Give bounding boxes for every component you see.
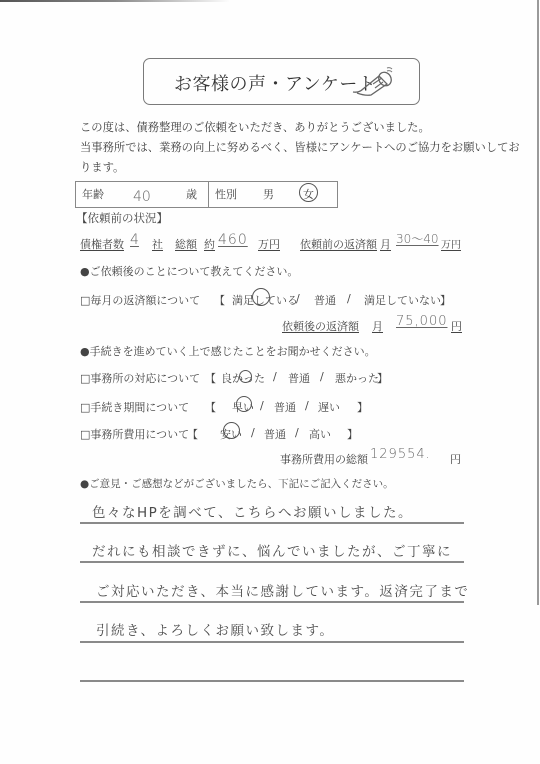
age-unit: 歳	[186, 186, 197, 202]
bracket-close: 】	[440, 292, 451, 308]
fee-total-unit: 円	[450, 451, 461, 467]
payment-before-prefix: 月	[380, 236, 391, 252]
payment-after-label: 依頼後の返済額	[282, 318, 359, 334]
scan-edge	[537, 0, 539, 605]
bracket-open: 【	[205, 370, 216, 386]
selection-circle	[239, 370, 252, 383]
monthly-option-normal[interactable]: 普通	[314, 292, 336, 308]
creditors-label: 債権者数	[80, 236, 124, 252]
option-expensive[interactable]: 高い	[309, 426, 331, 442]
fee-total-value[interactable]: 129554.	[370, 447, 431, 462]
comment-line-2[interactable]: だれにも相談できずに、悩んでいましたが、ご丁寧に	[92, 540, 452, 560]
separator: /	[260, 399, 264, 412]
separator: /	[295, 426, 299, 439]
intro-line-2: 当事務所では、業務の向上に努めるべく、皆様にアンケートへのご協力をお願いしてお	[80, 138, 520, 158]
bracket-close: 】	[377, 370, 388, 386]
total-prefix: 約	[204, 236, 215, 252]
option-normal[interactable]: 普通	[288, 370, 310, 386]
monthly-question: □毎月の返済額について	[80, 292, 200, 308]
page-title: お客様の声・アンケート	[174, 70, 376, 96]
title-box: お客様の声・アンケート	[143, 58, 420, 105]
age-value[interactable]: 40	[133, 189, 151, 205]
option-slow[interactable]: 遅い	[318, 399, 340, 415]
payment-after-prefix: 月	[372, 318, 383, 334]
selection-circle	[236, 396, 252, 412]
separator: /	[305, 399, 309, 412]
gender-label: 性別	[215, 186, 237, 202]
option-normal[interactable]: 普通	[264, 426, 286, 442]
comment-line-1[interactable]: 色々なHPを調べて、こちらへお願いしました。	[92, 501, 413, 521]
payment-before-value[interactable]: 30〜40	[396, 230, 439, 247]
payment-after-value[interactable]: 75,000	[396, 314, 448, 329]
separator: /	[320, 370, 324, 383]
intro-line-3: ります。	[80, 158, 124, 178]
comment-rule	[80, 601, 464, 603]
comment-rule	[80, 522, 464, 524]
comment-line-3[interactable]: ご対応いただき、本当に感謝しています。返済完了まで	[96, 580, 469, 600]
pencil-icon	[349, 62, 399, 100]
bracket-close: 】	[347, 426, 358, 442]
comment-rule	[80, 561, 464, 563]
payment-before-unit: 万円	[441, 236, 461, 251]
profile-divider	[208, 182, 209, 207]
separator: /	[296, 292, 300, 305]
selection-circle	[223, 422, 240, 439]
total-label: 総額	[175, 236, 197, 252]
question-office-response: □事務所の対応について	[80, 370, 200, 386]
selection-circle	[299, 183, 318, 202]
payment-before-label: 依頼前の返済額	[300, 236, 377, 252]
selection-circle	[252, 288, 270, 306]
payment-after-unit: 円	[451, 318, 462, 334]
comment-rule	[80, 641, 464, 643]
gender-option-male[interactable]: 男	[263, 186, 274, 202]
scan-shadow	[0, 0, 230, 2]
bracket-close: 】	[357, 399, 368, 415]
fee-total-label: 事務所費用の総額	[280, 451, 368, 467]
bracket-open: 【	[187, 426, 198, 442]
before-section-title: 【依頼前の状況】	[76, 210, 168, 226]
bracket-open: 【	[205, 399, 216, 415]
bracket-open: 【	[214, 292, 225, 308]
creditors-value[interactable]: 4	[130, 232, 139, 248]
age-label: 年齢	[82, 186, 104, 202]
total-unit: 万円	[258, 236, 280, 252]
separator: /	[273, 370, 277, 383]
monthly-option-unsatisfied[interactable]: 満足していない	[364, 292, 441, 308]
creditors-unit: 社	[152, 236, 163, 252]
question-fee: □事務所費用について	[80, 426, 189, 442]
separator: /	[347, 292, 351, 305]
after-section-title: ●ご依頼後のことについて教えてください。	[80, 263, 298, 279]
option-bad[interactable]: 悪かった	[335, 370, 379, 386]
intro-line-1: この度は、債務整理のご依頼をいただき、ありがとうございました。	[80, 118, 430, 138]
option-normal[interactable]: 普通	[274, 399, 296, 415]
separator: /	[251, 426, 255, 439]
comment-rule	[80, 680, 464, 682]
profile-box: 年齢 40 歳 性別 男 女	[75, 181, 338, 208]
question-duration: □手続き期間について	[80, 399, 189, 415]
comments-section-title: ●ご意見・ご感想などがございましたら、下記にご記入ください。	[80, 476, 394, 491]
total-value[interactable]: 460	[218, 232, 248, 248]
procedure-section-title: ●手続きを進めていく上で感じたことをお聞かせください。	[80, 343, 376, 359]
comment-line-4[interactable]: 引続き、よろしくお願い致します。	[96, 619, 334, 639]
